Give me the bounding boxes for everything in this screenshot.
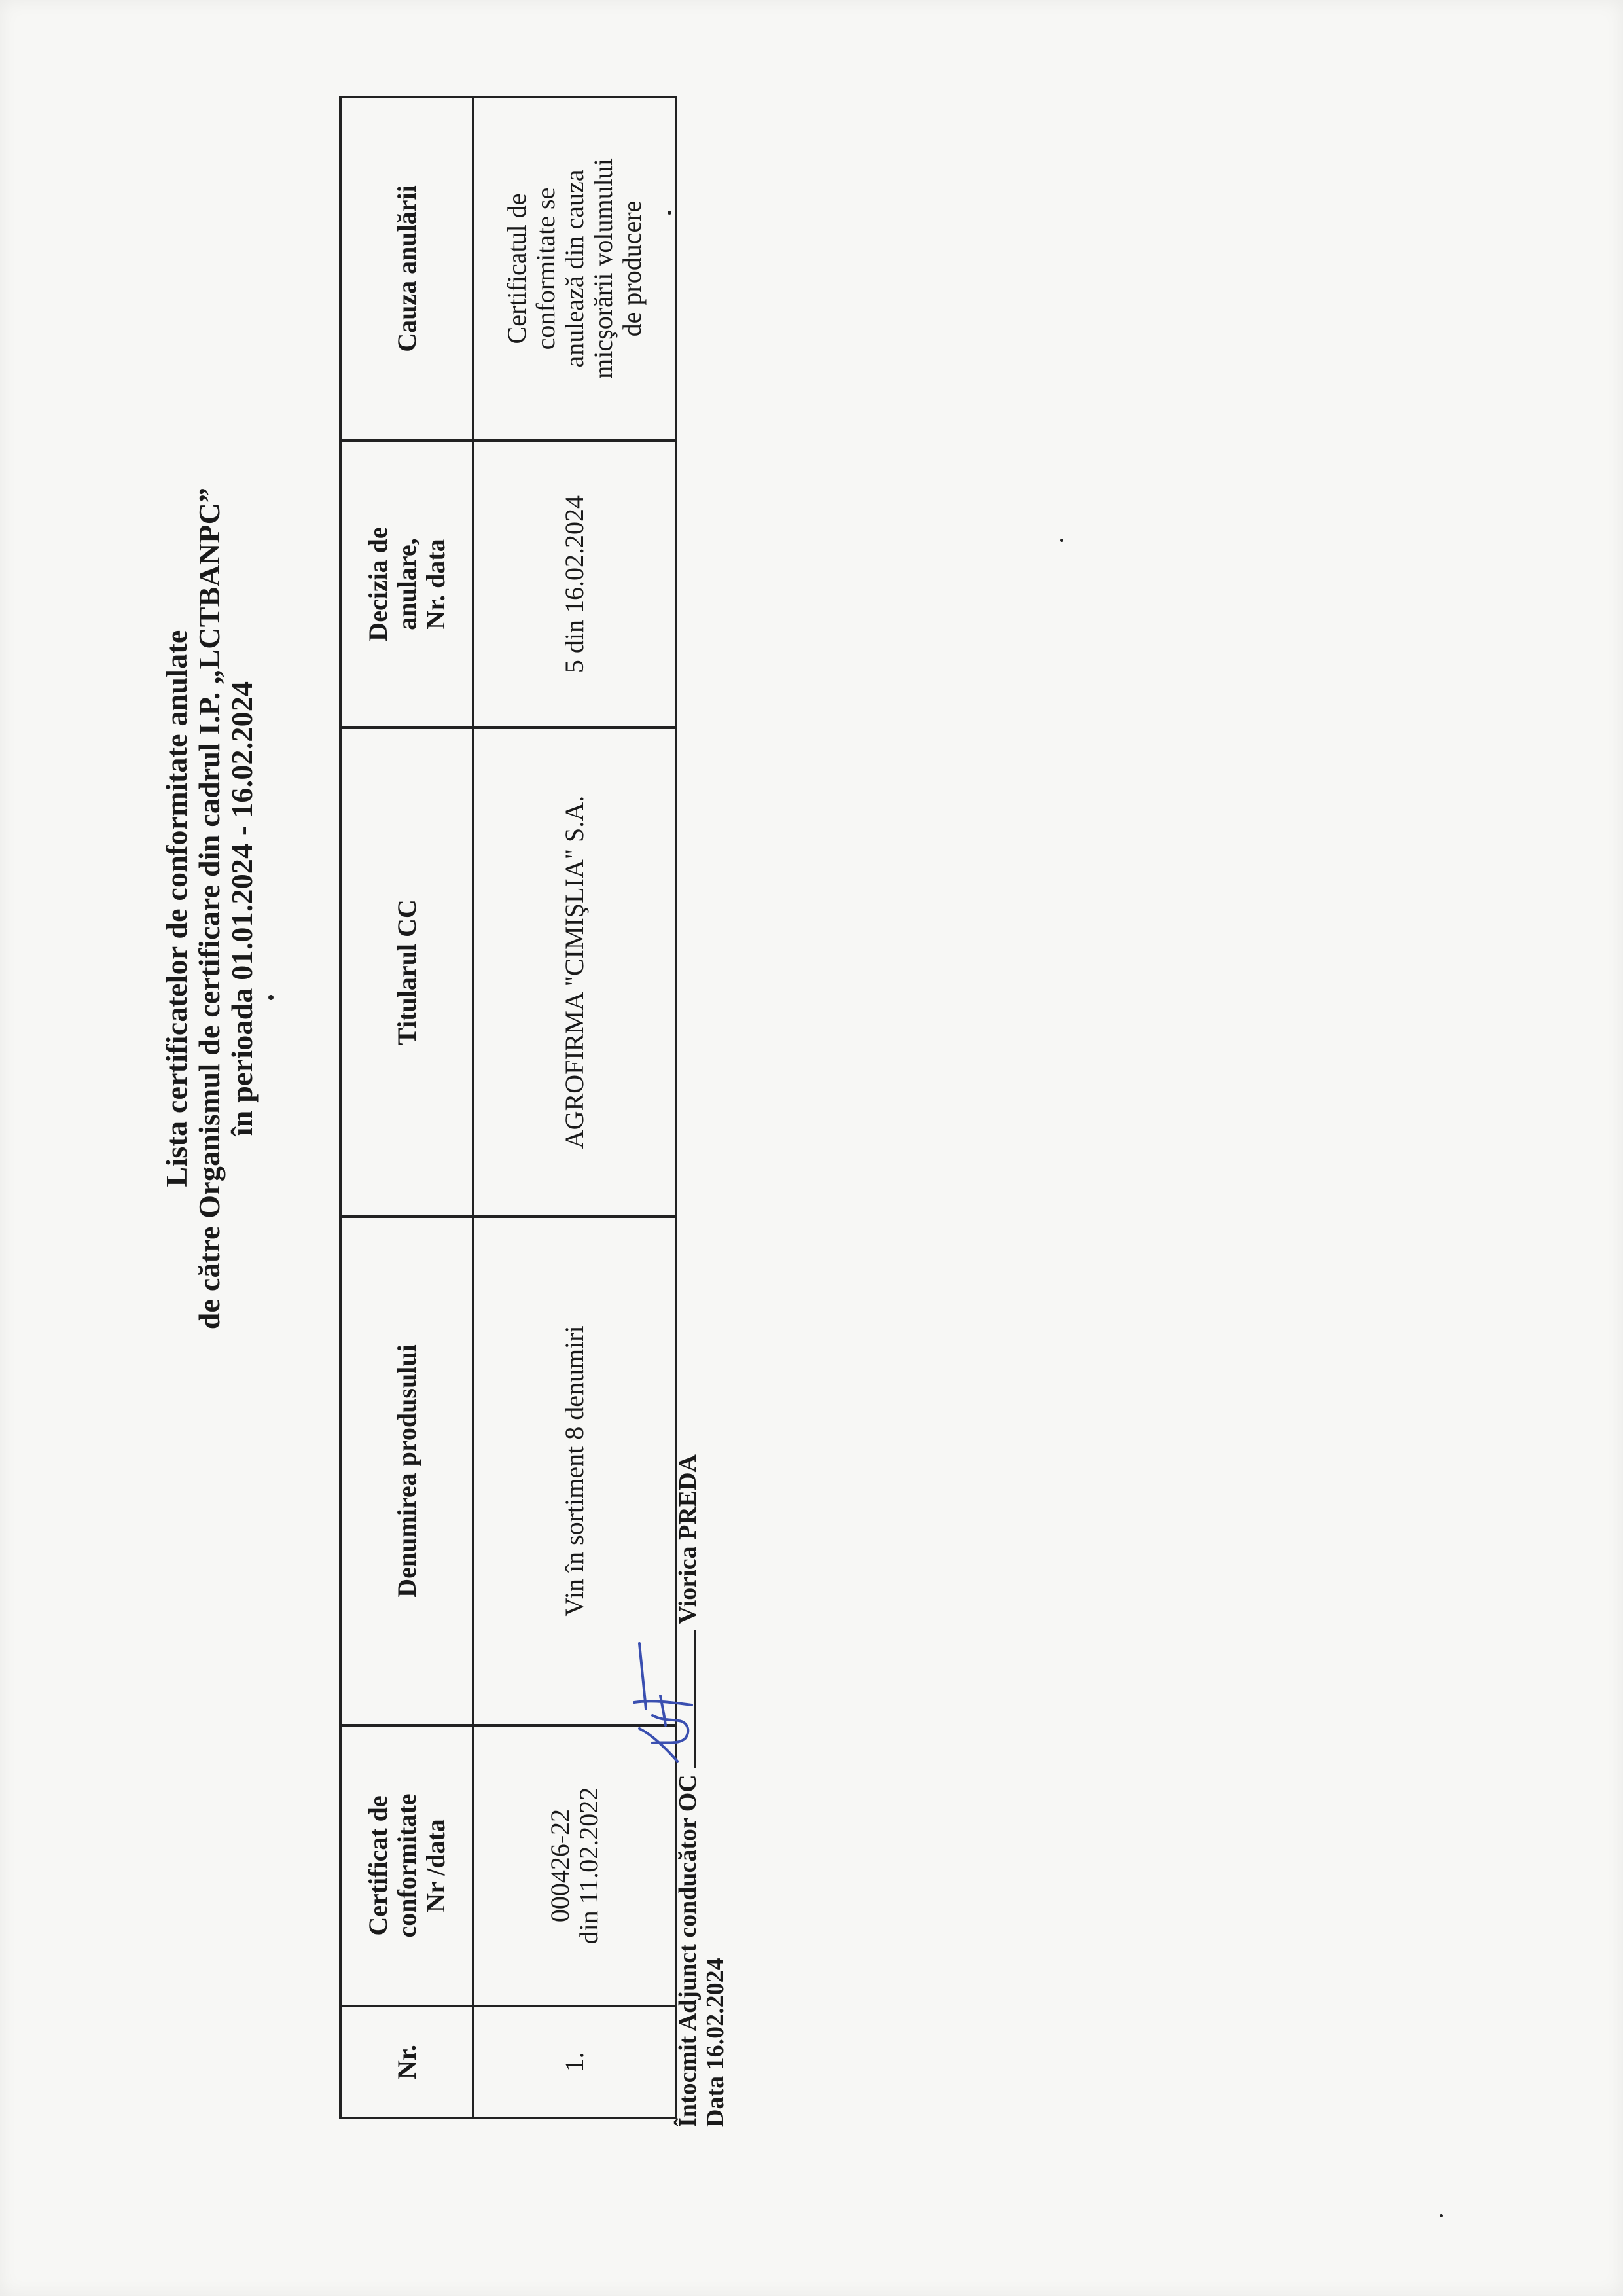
cell-cauza: Certificatul de conformitate se anulează…	[473, 97, 676, 440]
rotated-landscape-page: Lista certificatelor de conformitate anu…	[0, 0, 1623, 2296]
title-line-2: de către Organismul de certificare din c…	[193, 254, 226, 1563]
scan-speck	[668, 211, 671, 215]
prepared-by-label: Întocmit Adjunct conducător OC	[674, 1774, 702, 2127]
scan-speck	[1440, 2214, 1443, 2217]
table-header-row: Nr. Certificat de conformitate Nr /data …	[340, 97, 473, 2118]
handwritten-signature-icon	[626, 1637, 698, 1768]
table-row: 1. 000426-22 din 11.02.2022 Vin în sorti…	[473, 97, 676, 2118]
cell-decizia: 5 din 16.02.2024	[473, 440, 676, 728]
header-certificat: Certificat de conformitate Nr /data	[340, 1725, 473, 2006]
signature-line	[694, 1630, 696, 1768]
document-title: Lista certificatelor de conformitate anu…	[160, 254, 259, 1563]
title-line-1: Lista certificatelor de conformitate anu…	[160, 254, 193, 1563]
title-line-3: în perioada 01.01.2024 - 16.02.2024	[226, 254, 259, 1563]
header-decizia: Decizia de anulare, Nr. data	[340, 440, 473, 728]
header-titularul: Titularul CC	[340, 728, 473, 1217]
header-nr: Nr.	[340, 2006, 473, 2118]
annulled-certificates-table: Nr. Certificat de conformitate Nr /data …	[339, 96, 677, 2119]
cell-nr: 1.	[473, 2006, 676, 2118]
header-denumirea: Denumirea produsului	[340, 1217, 473, 1725]
date-line: Data 16.02.2024	[702, 1454, 729, 2127]
scan-speck	[1060, 539, 1063, 542]
signatory-name: Viorica PREDA	[674, 1454, 702, 1624]
scan-speck	[268, 995, 274, 1000]
cell-titularul: AGROFIRMA "CIMIŞLIA" S.A.	[473, 728, 676, 1217]
signature-block: Întocmit Adjunct conducător OC Viorica P…	[674, 1454, 729, 2127]
header-cauza: Cauza anulării	[340, 97, 473, 440]
